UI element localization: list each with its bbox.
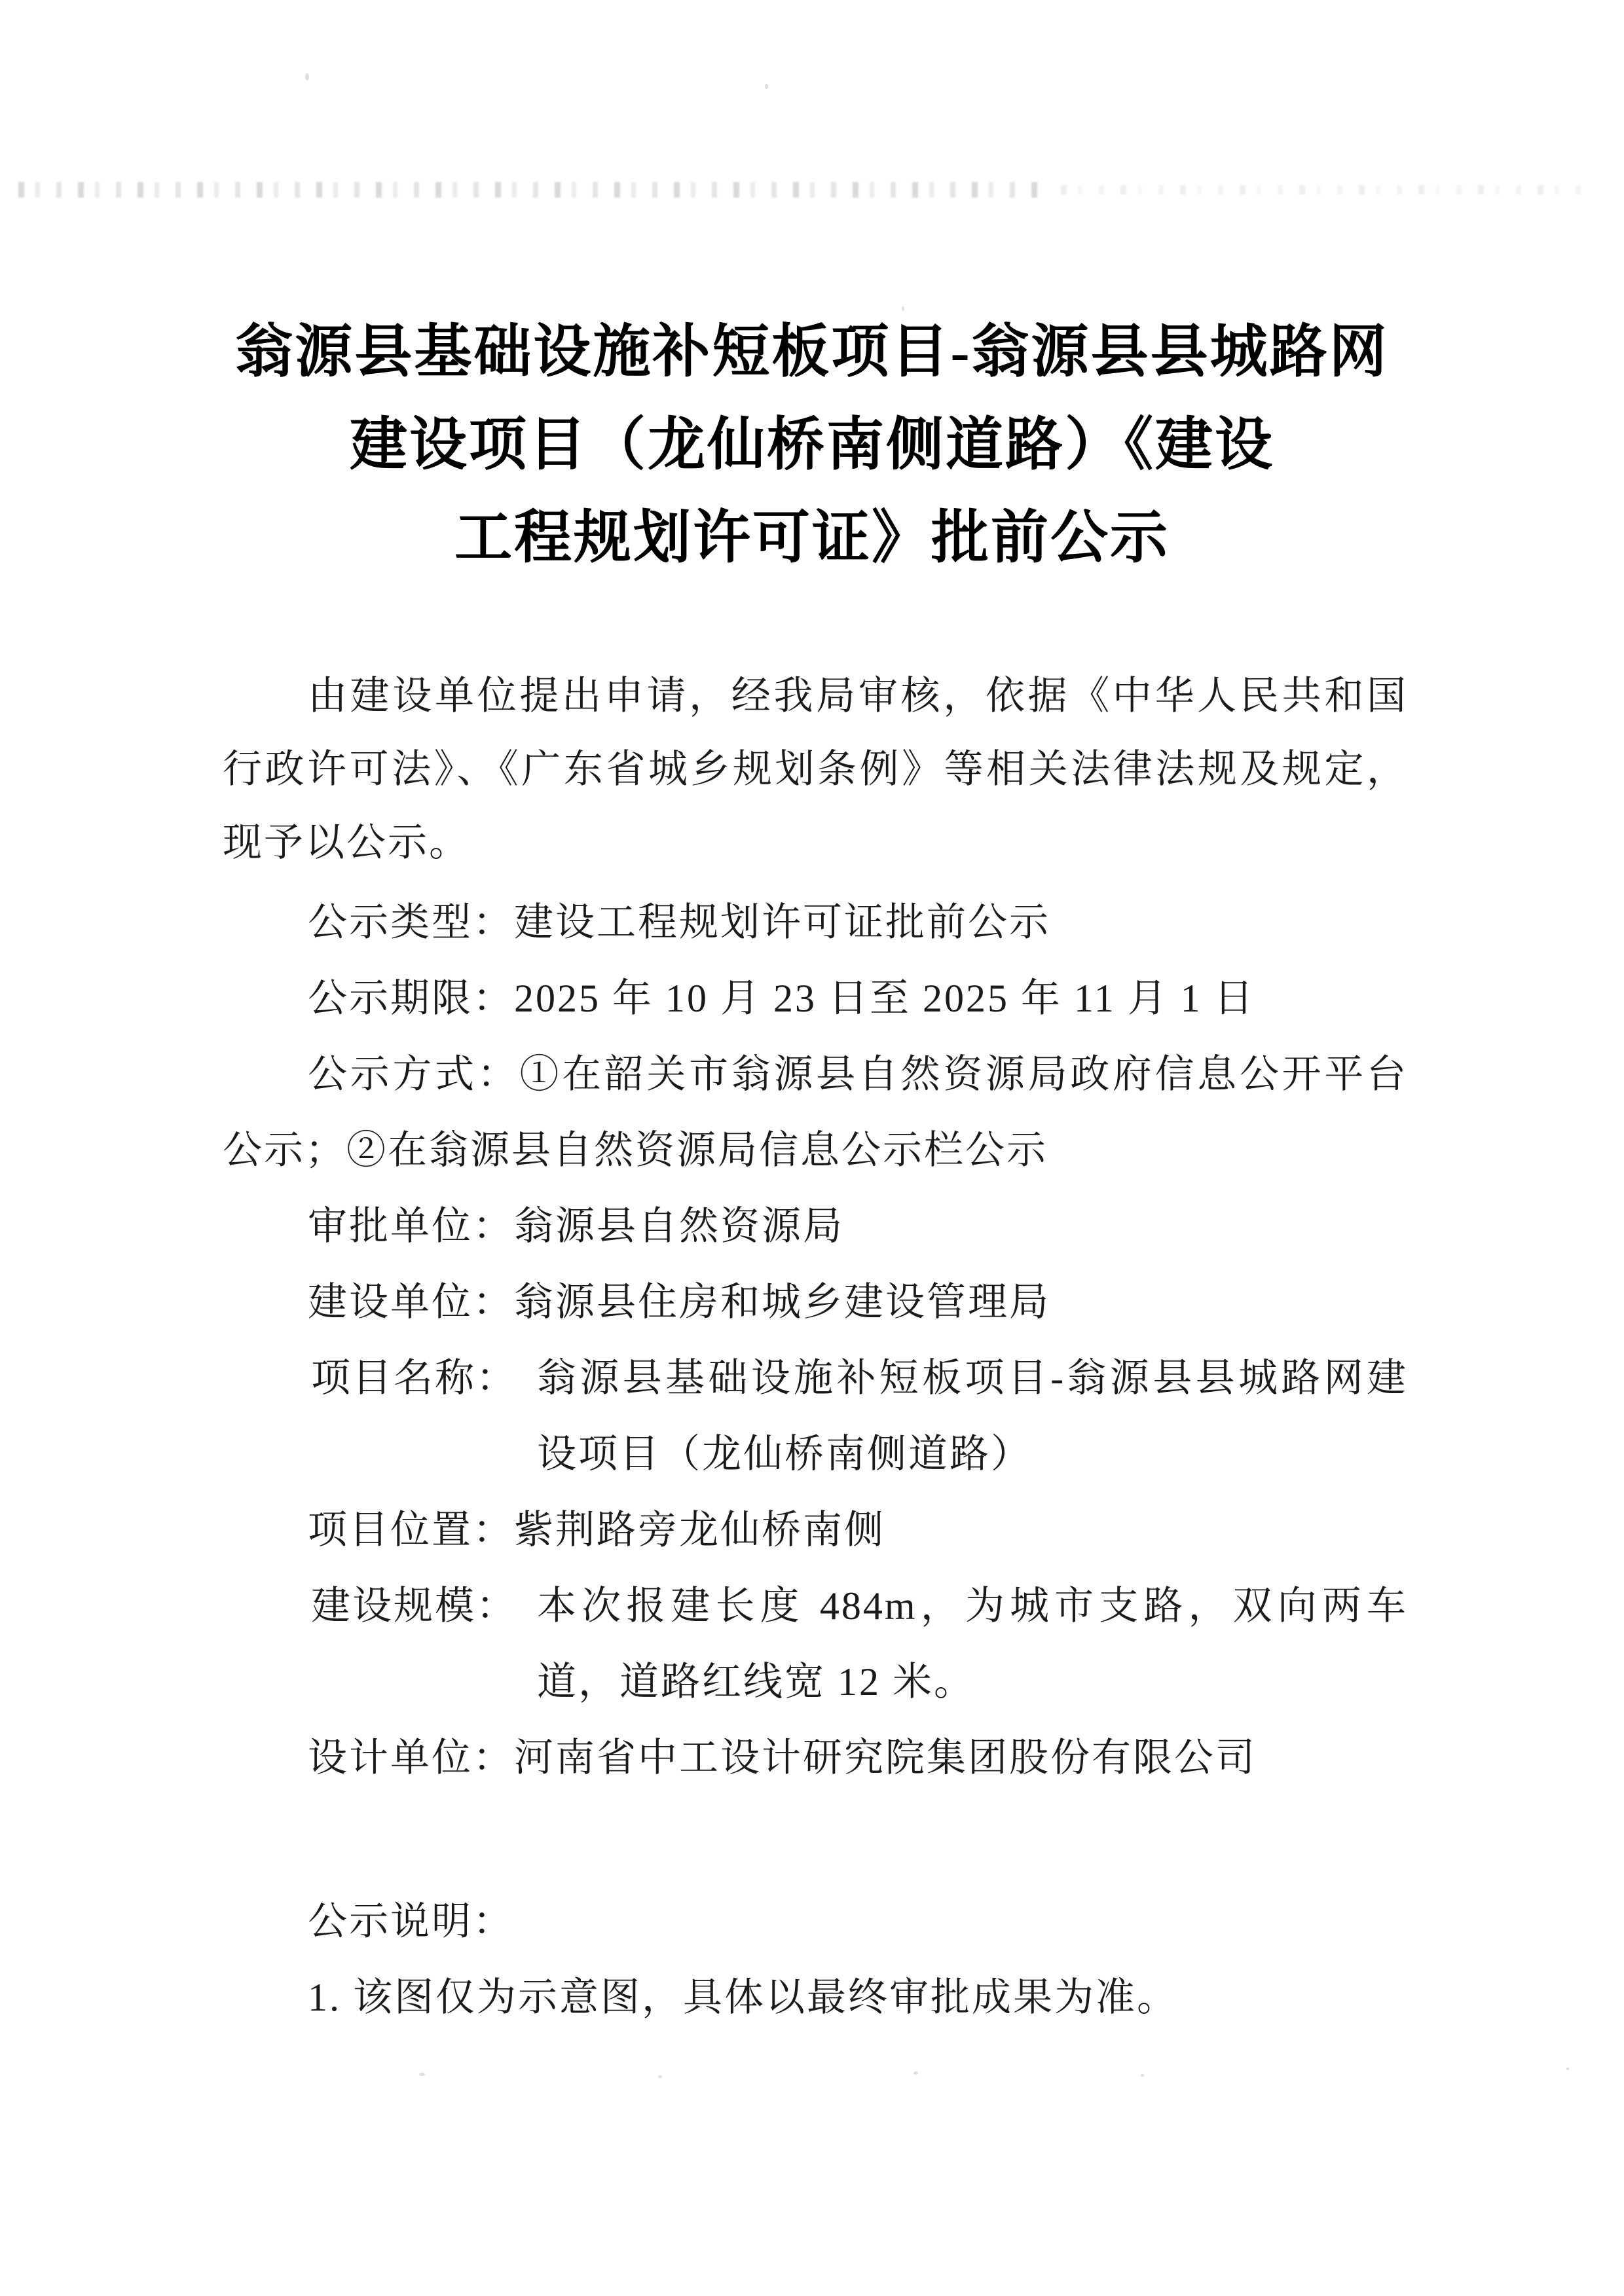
field-notice-period: 公示期限：2025 年 10 月 23 日至 2025 年 11 月 1 日 bbox=[223, 960, 1408, 1036]
scan-speck bbox=[913, 2071, 918, 2075]
title-line-1: 翁源县基础设施补短板项目-翁源县县城路网 bbox=[0, 306, 1624, 399]
notes-section: 公示说明： 1. 该图仅为示意图，具体以最终审批成果为准。 bbox=[223, 1884, 1408, 2035]
field-notice-method: 公示方式：①在韶关市翁源县自然资源局政府信息公开平台公示；②在翁源县自然资源局信… bbox=[223, 1036, 1408, 1188]
field-project-location: 项目位置：紫荆路旁龙仙桥南侧 bbox=[223, 1492, 1408, 1568]
field-project-location-label: 项目位置： bbox=[308, 1508, 514, 1552]
field-construction-scale-label: 建设规模： bbox=[223, 1568, 537, 1720]
field-approval-unit: 审批单位：翁源县自然资源局 bbox=[223, 1188, 1408, 1264]
scan-speck bbox=[1141, 2074, 1144, 2077]
field-notice-type: 公示类型：建设工程规划许可证批前公示 bbox=[223, 884, 1408, 960]
field-approval-unit-label: 审批单位： bbox=[308, 1205, 514, 1248]
field-construction-unit-value: 翁源县住房和城乡建设管理局 bbox=[514, 1281, 1050, 1324]
field-project-name: 项目名称： 翁源县基础设施补短板项目-翁源县县城路网建设项目（龙仙桥南侧道路） bbox=[223, 1340, 1408, 1492]
scan-speck bbox=[419, 2073, 425, 2076]
document-title: 翁源县基础设施补短板项目-翁源县县城路网 建设项目（龙仙桥南侧道路）《建设 工程… bbox=[0, 306, 1624, 585]
scan-speck bbox=[305, 73, 309, 81]
field-design-unit-label: 设计单位： bbox=[308, 1736, 514, 1779]
field-project-location-value: 紫荆路旁龙仙桥南侧 bbox=[514, 1508, 885, 1552]
field-notice-type-label: 公示类型： bbox=[308, 901, 514, 944]
scan-speck bbox=[765, 84, 768, 89]
scan-noise-band bbox=[1061, 185, 1585, 194]
field-design-unit: 设计单位：河南省中工设计研究院集团股份有限公司 bbox=[223, 1720, 1408, 1796]
field-construction-scale: 建设规模： 本次报建长度 484m，为城市支路，双向两车道，道路红线宽 12 米… bbox=[223, 1568, 1408, 1720]
field-construction-scale-value: 本次报建长度 484m，为城市支路，双向两车道，道路红线宽 12 米。 bbox=[537, 1568, 1408, 1720]
scan-speck bbox=[1566, 2068, 1569, 2070]
field-approval-unit-value: 翁源县自然资源局 bbox=[514, 1205, 844, 1248]
field-project-name-value: 翁源县基础设施补短板项目-翁源县县城路网建设项目（龙仙桥南侧道路） bbox=[537, 1340, 1408, 1492]
field-notice-method-label: 公示方式： bbox=[308, 1053, 519, 1096]
field-construction-unit-label: 建设单位： bbox=[308, 1281, 514, 1324]
intro-paragraph: 由建设单位提出申请，经我局审核，依据《中华人民共和国行政许可法》、《广东省城乡规… bbox=[223, 659, 1408, 879]
field-list: 公示类型：建设工程规划许可证批前公示 公示期限：2025 年 10 月 23 日… bbox=[223, 884, 1408, 1796]
field-design-unit-value: 河南省中工设计研究院集团股份有限公司 bbox=[514, 1736, 1257, 1779]
title-line-3: 工程规划许可证》批前公示 bbox=[0, 492, 1624, 585]
note-item-1: 1. 该图仅为示意图，具体以最终审批成果为准。 bbox=[223, 1959, 1408, 2035]
scan-noise-band bbox=[18, 182, 1046, 198]
notes-heading: 公示说明： bbox=[223, 1884, 1408, 1959]
field-notice-type-value: 建设工程规划许可证批前公示 bbox=[514, 901, 1050, 944]
field-construction-unit: 建设单位：翁源县住房和城乡建设管理局 bbox=[223, 1264, 1408, 1340]
field-project-name-label: 项目名称： bbox=[223, 1340, 537, 1492]
scan-speck bbox=[658, 2075, 662, 2078]
field-notice-period-label: 公示期限： bbox=[308, 977, 514, 1020]
title-line-2: 建设项目（龙仙桥南侧道路）《建设 bbox=[0, 399, 1624, 492]
field-notice-period-value: 2025 年 10 月 23 日至 2025 年 11 月 1 日 bbox=[514, 977, 1255, 1020]
document-page: 翁源县基础设施补短板项目-翁源县县城路网 建设项目（龙仙桥南侧道路）《建设 工程… bbox=[0, 0, 1624, 2296]
